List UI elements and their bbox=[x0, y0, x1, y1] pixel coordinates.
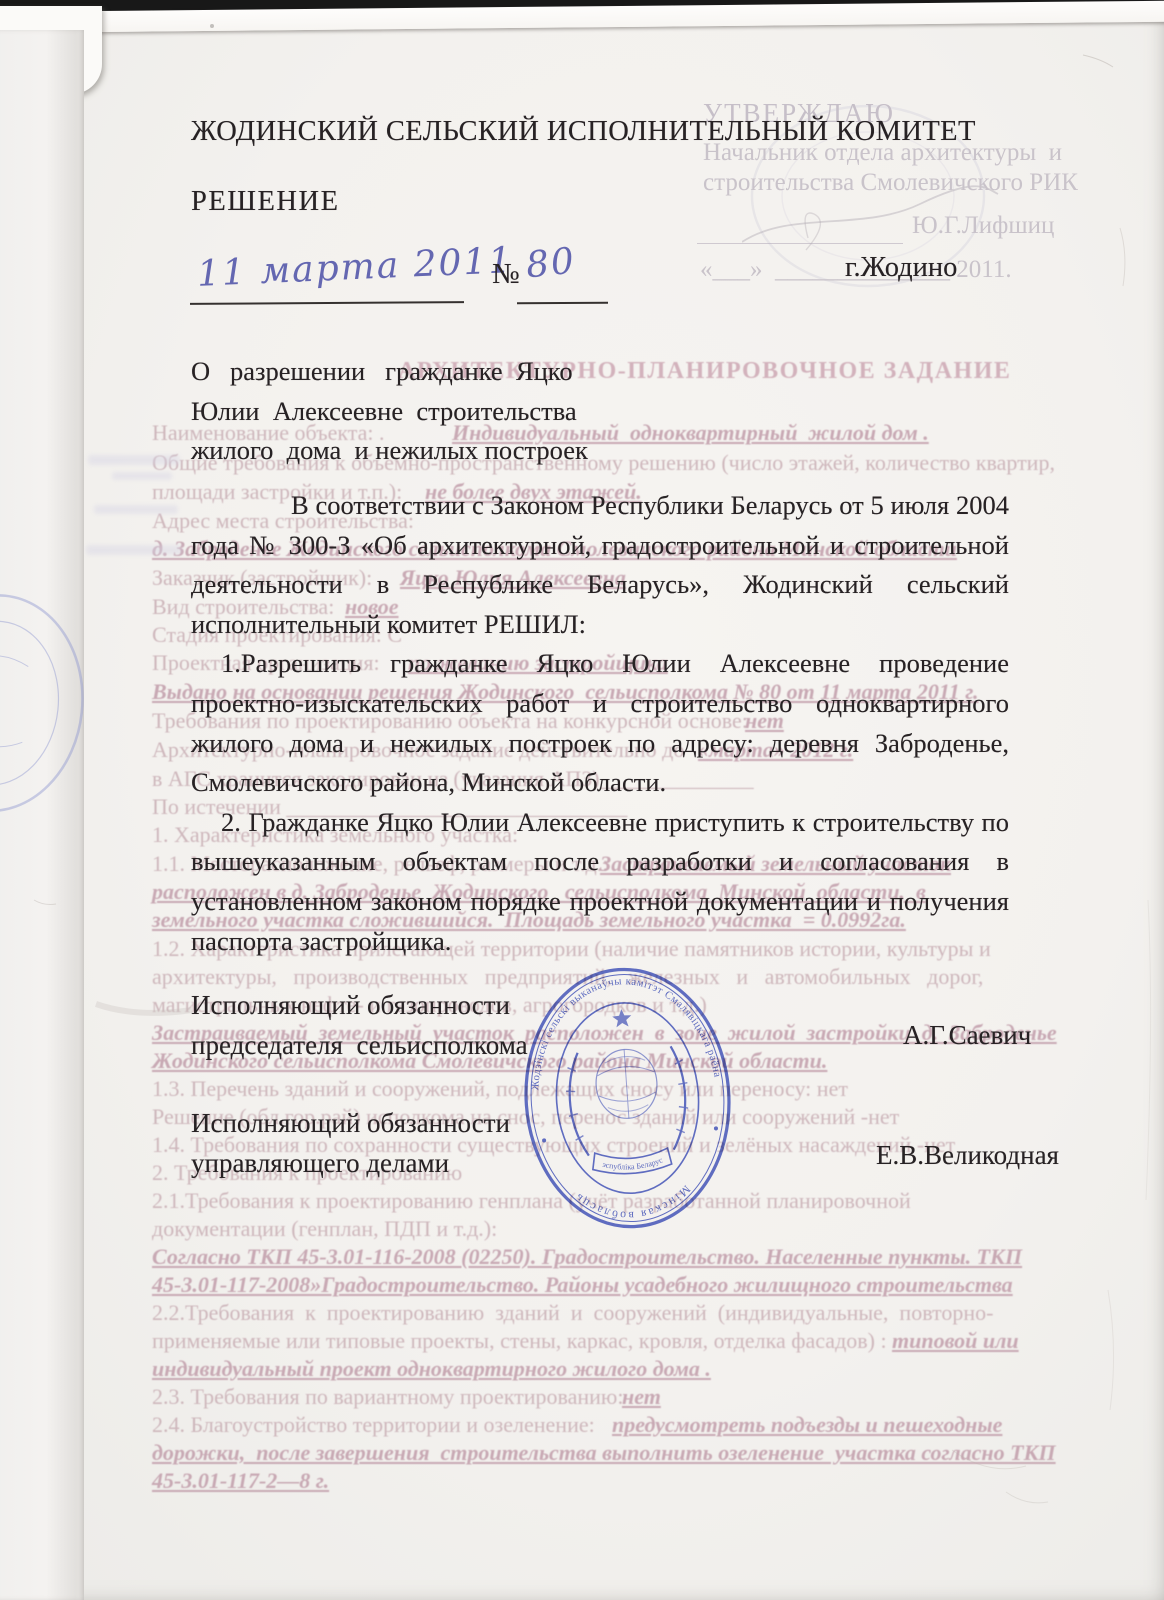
signature-title-line: управляющего делами bbox=[191, 1143, 510, 1183]
subject-block: О разрешении гражданке ЯцкоЮлии Алексеев… bbox=[191, 352, 588, 471]
signature-name: Е.В.Великодная bbox=[876, 1140, 1059, 1171]
approval-line: Ю.Г.Лифшиц bbox=[912, 212, 1054, 240]
handwritten-number: 80 bbox=[524, 241, 578, 287]
organization-title: ЖОДИНСКИЙ СЕЛЬСКИЙ ИСПОЛНИТЕЛЬНЫЙ КОМИТЕ… bbox=[191, 116, 976, 148]
approval-signature-line bbox=[697, 243, 903, 244]
signature-title-line: Исполняющий обязанности bbox=[191, 985, 528, 1025]
signature-title-line: председателя сельисполкома bbox=[191, 1025, 528, 1065]
city-label: г.Жодино bbox=[845, 252, 957, 284]
body-paragraph: 2. Гражданке Яцко Юлии Алексеевне присту… bbox=[191, 803, 1009, 961]
stamp-dot bbox=[714, 1126, 718, 1130]
subject-line: О разрешении гражданке Яцко bbox=[191, 352, 588, 392]
scanned-document-page: АРХИТЕКТУРНО-ПЛАНИРОВОЧНОЕ ЗАДАНИЕНаимен… bbox=[0, 0, 1164, 1600]
svg-text:Мінская вобласць: Мінская вобласць bbox=[571, 1182, 695, 1226]
subject-line: Юлии Алексеевне строительства bbox=[191, 392, 588, 432]
body-paragraph: 1.Разрешить гражданке Яцко Юлии Алексеев… bbox=[191, 644, 1009, 802]
document-type-label: РЕШЕНИЕ bbox=[191, 186, 340, 218]
signature-title-line: Исполняющий обязанности bbox=[191, 1103, 510, 1143]
number-sign: № bbox=[492, 258, 520, 291]
resolution-body: В соответствии с Законом Республики Бела… bbox=[191, 486, 1009, 961]
signature-name: А.Г.Саевич bbox=[903, 1020, 1031, 1051]
approval-line: строительства Смолевичского РИК bbox=[703, 169, 1078, 197]
body-paragraph: В соответствии с Законом Республики Бела… bbox=[191, 486, 1009, 644]
svg-text:Жодзінскі сельскі выканаўчы ка: Жодзінскі сельскі выканаўчы камітэт Смал… bbox=[522, 969, 724, 1092]
subject-line: жилого дома и нежилых построек bbox=[191, 431, 588, 471]
signature-title: Исполняющий обязанностиуправляющего дела… bbox=[191, 1103, 510, 1183]
stamp-ring-text-bottom: Мінская вобласць bbox=[571, 1182, 695, 1226]
star-icon bbox=[612, 1008, 632, 1027]
stamp-ring-text-top: Жодзінскі сельскі выканаўчы камітэт Смал… bbox=[522, 969, 724, 1092]
official-round-stamp: Жодзінскі сельскі выканаўчы камітэт Смал… bbox=[505, 952, 752, 1243]
stamp-dot bbox=[542, 1138, 546, 1142]
signature-title: Исполняющий обязанностипредседателя сель… bbox=[191, 985, 528, 1065]
